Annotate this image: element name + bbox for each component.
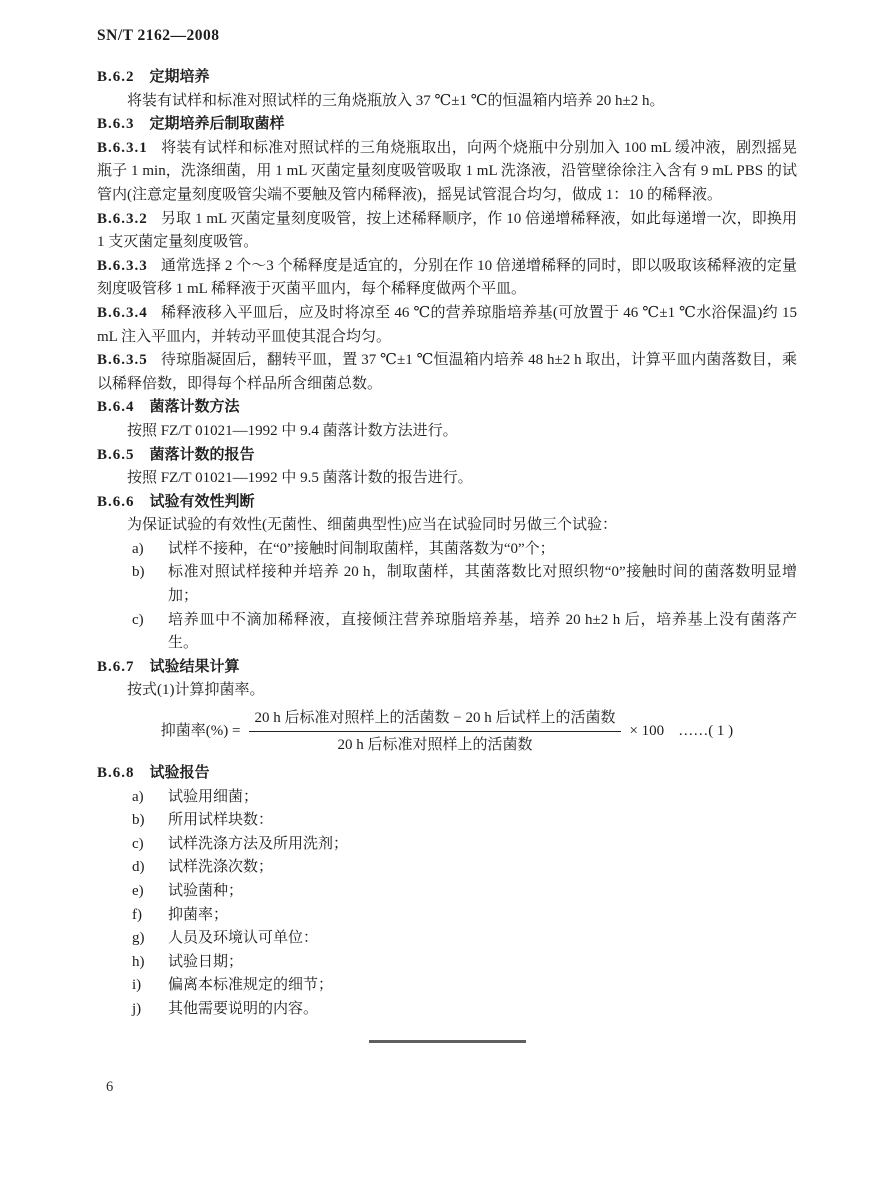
section-heading-b63: B.6.3定期培养后制取菌样 — [97, 113, 797, 137]
list-text: 试验用细菌； — [168, 789, 258, 805]
list-text: 所用试样块数： — [168, 812, 273, 828]
clause-text: 待琼脂凝固后，翻转平皿，置 37 ℃±1 ℃恒温箱内培养 48 h±2 h 取出… — [97, 352, 797, 392]
section-heading-b62: B.6.2定期培养 — [97, 66, 797, 90]
list-marker: g) — [132, 927, 145, 951]
page-number: 6 — [106, 1079, 113, 1096]
list-text: 试样洗涤方法及所用洗剂； — [168, 836, 348, 852]
section-heading-b67: B.6.7试验结果计算 — [97, 656, 797, 680]
list-item: e)试验菌种； — [97, 880, 797, 904]
paragraph: 按照 FZ/T 01021—1992 中 9.4 菌落计数方法进行。 — [97, 420, 797, 444]
list-marker: d) — [132, 856, 145, 880]
formula-number: ……( 1 ) — [678, 720, 733, 744]
paragraph: 按式(1)计算抑菌率。 — [97, 679, 797, 703]
list-text: 标准对照试样接种并培养 20 h，制取菌样，其菌落数比对照织物“0”接触时间的菌… — [168, 564, 797, 604]
list-marker: h) — [132, 951, 145, 975]
section-heading-b64: B.6.4菌落计数方法 — [97, 396, 797, 420]
list-text: 试验菌种； — [168, 883, 243, 899]
list-marker: f) — [132, 904, 142, 928]
heading-title: 菌落计数的报告 — [150, 447, 255, 463]
paragraph: 为保证试验的有效性(无菌性、细菌典型性)应当在试验同时另做三个试验： — [97, 514, 797, 538]
heading-title: 试验报告 — [150, 765, 210, 781]
clause-text: 稀释液移入平皿后，应及时将凉至 46 ℃的营养琼脂培养基(可放置于 46 ℃±1… — [97, 305, 797, 345]
heading-number: B.6.8 — [97, 765, 135, 781]
clause-number: B.6.3.1 — [97, 140, 148, 156]
list-marker: c) — [132, 609, 144, 633]
heading-title: 定期培养 — [150, 69, 210, 85]
section-heading-b65: B.6.5菌落计数的报告 — [97, 444, 797, 468]
formula-equation-1: 抑菌率(%) = 20 h 后标准对照样上的活菌数 − 20 h 后试样上的活菌… — [97, 707, 797, 756]
formula-fraction: 20 h 后标准对照样上的活菌数 − 20 h 后试样上的活菌数 20 h 后标… — [249, 707, 622, 756]
formula-denominator: 20 h 后标准对照样上的活菌数 — [249, 732, 622, 756]
list-item: c)培养皿中不滴加稀释液，直接倾注营养琼脂培养基，培养 20 h±2 h 后，培… — [97, 609, 797, 656]
document-page: SN/T 2162—2008 B.6.2定期培养 将装有试样和标准对照试样的三角… — [0, 0, 893, 1200]
list-item: j)其他需要说明的内容。 — [97, 998, 797, 1022]
list-item: a)试验用细菌； — [97, 786, 797, 810]
heading-number: B.6.6 — [97, 494, 135, 510]
clause-b632: B.6.3.2另取 1 mL 灭菌定量刻度吸管，按上述稀释顺序，作 10 倍递增… — [97, 208, 797, 255]
list-item: b)标准对照试样接种并培养 20 h，制取菌样，其菌落数比对照织物“0”接触时间… — [97, 561, 797, 608]
list-item: a)试样不接种，在“0”接触时间制取菌样，其菌落数为“0”个； — [97, 538, 797, 562]
heading-title: 试验结果计算 — [150, 659, 240, 675]
clause-number: B.6.3.4 — [97, 305, 148, 321]
list-text: 抑菌率； — [168, 907, 228, 923]
list-item: b)所用试样块数： — [97, 809, 797, 833]
list-marker: b) — [132, 561, 145, 585]
footer-divider-rule — [369, 1040, 526, 1043]
list-marker: c) — [132, 833, 144, 857]
list-text: 试样洗涤次数； — [168, 859, 273, 875]
heading-title: 定期培养后制取菌样 — [150, 116, 285, 132]
list-marker: i) — [132, 974, 141, 998]
list-text: 试验日期； — [168, 954, 243, 970]
heading-number: B.6.3 — [97, 116, 135, 132]
list-marker: a) — [132, 786, 144, 810]
clause-b635: B.6.3.5待琼脂凝固后，翻转平皿，置 37 ℃±1 ℃恒温箱内培养 48 h… — [97, 349, 797, 396]
list-text: 人员及环境认可单位： — [168, 930, 318, 946]
heading-number: B.6.7 — [97, 659, 135, 675]
list-item: g)人员及环境认可单位： — [97, 927, 797, 951]
list-item: d)试样洗涤次数； — [97, 856, 797, 880]
clause-text: 另取 1 mL 灭菌定量刻度吸管，按上述稀释顺序，作 10 倍递增稀释液，如此每… — [97, 211, 797, 251]
list-text: 试样不接种，在“0”接触时间制取菌样，其菌落数为“0”个； — [168, 541, 555, 557]
formula-numerator: 20 h 后标准对照样上的活菌数 − 20 h 后试样上的活菌数 — [249, 707, 622, 732]
heading-number: B.6.4 — [97, 399, 135, 415]
heading-title: 试验有效性判断 — [150, 494, 255, 510]
heading-number: B.6.5 — [97, 447, 135, 463]
heading-title: 菌落计数方法 — [150, 399, 240, 415]
formula-lhs: 抑菌率(%) = — [161, 720, 241, 744]
list-item: i)偏离本标准规定的细节； — [97, 974, 797, 998]
clause-number: B.6.3.3 — [97, 258, 148, 274]
clause-text: 通常选择 2 个～3 个稀释度是适宜的，分别在作 10 倍递增稀释的同时，即以吸… — [97, 258, 797, 298]
clause-text: 将装有试样和标准对照试样的三角烧瓶取出，向两个烧瓶中分别加入 100 mL 缓冲… — [97, 140, 797, 203]
list-marker: a) — [132, 538, 144, 562]
list-marker: j) — [132, 998, 141, 1022]
paragraph: 将装有试样和标准对照试样的三角烧瓶放入 37 ℃±1 ℃的恒温箱内培养 20 h… — [97, 90, 797, 114]
running-header: SN/T 2162—2008 — [97, 27, 220, 45]
section-heading-b66: B.6.6试验有效性判断 — [97, 491, 797, 515]
heading-number: B.6.2 — [97, 69, 135, 85]
section-heading-b68: B.6.8试验报告 — [97, 762, 797, 786]
list-item: f)抑菌率； — [97, 904, 797, 928]
clause-number: B.6.3.2 — [97, 211, 148, 227]
list-marker: e) — [132, 880, 144, 904]
clause-b631: B.6.3.1将装有试样和标准对照试样的三角烧瓶取出，向两个烧瓶中分别加入 10… — [97, 137, 797, 208]
document-body: B.6.2定期培养 将装有试样和标准对照试样的三角烧瓶放入 37 ℃±1 ℃的恒… — [97, 66, 797, 1022]
list-text: 其他需要说明的内容。 — [168, 1001, 318, 1017]
formula-multiplier: × 100 — [629, 720, 664, 744]
list-item: h)试验日期； — [97, 951, 797, 975]
paragraph: 按照 FZ/T 01021—1992 中 9.5 菌落计数的报告进行。 — [97, 467, 797, 491]
list-item: c)试样洗涤方法及所用洗剂； — [97, 833, 797, 857]
clause-b633: B.6.3.3通常选择 2 个～3 个稀释度是适宜的，分别在作 10 倍递增稀释… — [97, 255, 797, 302]
list-text: 培养皿中不滴加稀释液，直接倾注营养琼脂培养基，培养 20 h±2 h 后，培养基… — [168, 612, 797, 652]
list-marker: b) — [132, 809, 145, 833]
clause-b634: B.6.3.4稀释液移入平皿后，应及时将凉至 46 ℃的营养琼脂培养基(可放置于… — [97, 302, 797, 349]
list-text: 偏离本标准规定的细节； — [168, 977, 333, 993]
clause-number: B.6.3.5 — [97, 352, 148, 368]
